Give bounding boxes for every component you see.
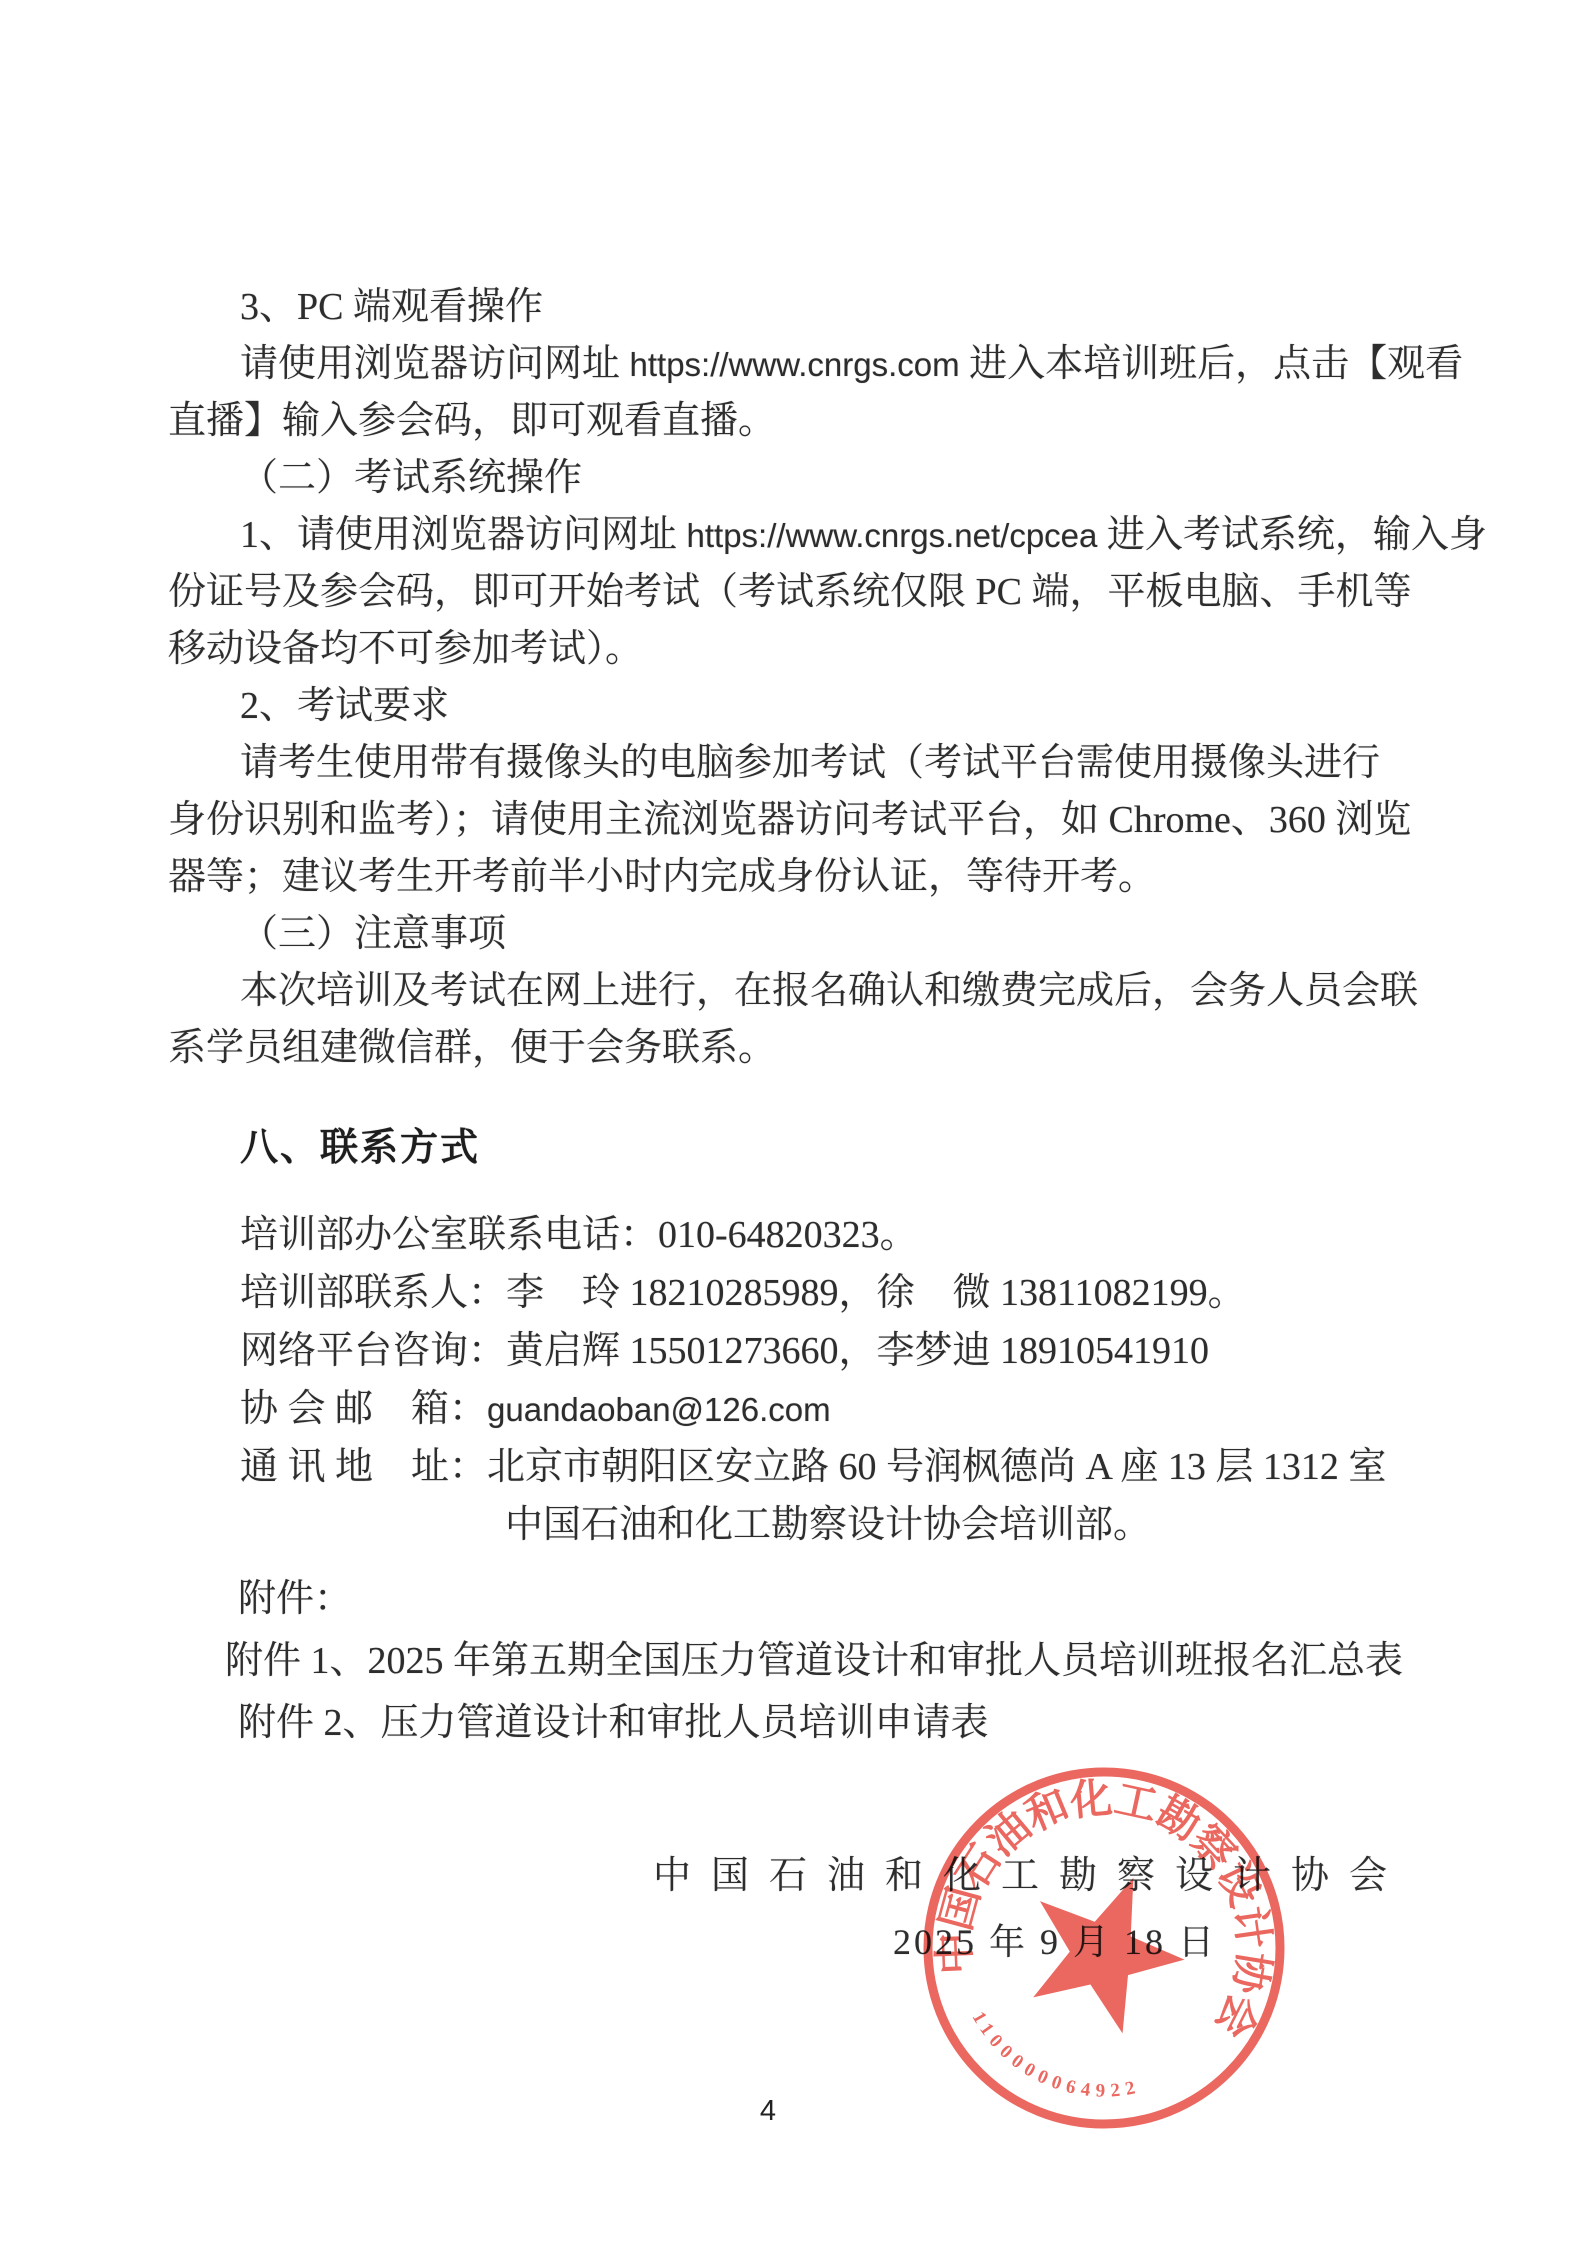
document-page: 3、PC 端观看操作请使用浏览器访问网址 https://www.cnrgs.c…	[0, 0, 1586, 2244]
text-segment: 附件 1、2025 年第五期全国压力管道设计和审批人员培训班报名汇总表	[225, 1640, 1403, 1682]
text-line: 3、PC 端观看操作	[168, 279, 1464, 336]
text-segment: 器等；建议考生开考前半小时内完成身份认证，等待开考。	[168, 856, 1156, 898]
text-segment: 附件 2、压力管道设计和审批人员培训申请表	[238, 1702, 989, 1744]
text-segment: 中国石油和化工勘察设计协会培训部。	[505, 1504, 1151, 1546]
text-line: 1、请使用浏览器访问网址 https://www.cnrgs.net/cpcea…	[168, 507, 1464, 564]
url-text: guandaoban@126.com	[487, 1391, 831, 1428]
contact-address-line2: 中国石油和化工勘察设计协会培训部。	[168, 1496, 1464, 1554]
text-segment: 请考生使用带有摄像头的电脑参加考试（考试平台需使用摄像头进行	[240, 742, 1380, 784]
text-line: 移动设备均不可参加考试）。	[168, 621, 1464, 678]
text-line: 请使用浏览器访问网址 https://www.cnrgs.com 进入本培训班后…	[168, 336, 1464, 393]
text-segment: 培训部办公室联系电话：010-64820323。	[240, 1214, 918, 1256]
contact-platform-line: 网络平台咨询：黄启辉 15501273660，李梦迪 18910541910	[168, 1322, 1464, 1380]
text-segment: 进入本培训班后，点击【观看	[960, 343, 1464, 385]
text-segment: （三）注意事项	[240, 913, 506, 955]
section-heading-contact: 八、联系方式	[168, 1120, 1464, 1177]
text-line: （二）考试系统操作	[168, 450, 1464, 507]
text-segment: 进入考试系统，输入身	[1097, 514, 1487, 556]
text-segment: 3、PC 端观看操作	[240, 286, 543, 328]
text-segment: 1、请使用浏览器访问网址	[240, 514, 687, 556]
text-segment: 附件：	[238, 1578, 352, 1620]
text-segment: 移动设备均不可参加考试）。	[168, 628, 643, 670]
text-line: 本次培训及考试在网上进行，在报名确认和缴费完成后，会务人员会联	[168, 963, 1464, 1020]
text-segment: 请使用浏览器访问网址	[240, 343, 630, 385]
text-segment: 直播】输入参会码，即可观看直播。	[168, 400, 776, 442]
text-segment: 网络平台咨询：黄启辉 15501273660，李梦迪 18910541910	[240, 1330, 1209, 1372]
text-segment: 本次培训及考试在网上进行，在报名确认和缴费完成后，会务人员会联	[240, 970, 1418, 1012]
attachments-label: 附件：	[168, 1568, 1464, 1630]
attachment-2-line: 附件 2、压力管道设计和审批人员培训申请表	[168, 1692, 1464, 1754]
text-segment: （二）考试系统操作	[240, 457, 582, 499]
text-segment: 份证号及参会码，即可开始考试（考试系统仅限 PC 端，平板电脑、手机等	[168, 571, 1411, 613]
text-segment: 协 会 邮 箱：	[240, 1388, 487, 1430]
contact-email-line: 协 会 邮 箱：guandaoban@126.com	[168, 1380, 1464, 1438]
text-line: 请考生使用带有摄像头的电脑参加考试（考试平台需使用摄像头进行	[168, 735, 1464, 792]
contact-phone-line: 培训部办公室联系电话：010-64820323。	[168, 1206, 1464, 1264]
seal-serial-arc-text: 1100000064922	[956, 2005, 1154, 2113]
text-line: 身份识别和监考）；请使用主流浏览器访问考试平台，如 Chrome、360 浏览	[168, 792, 1464, 849]
text-line: 份证号及参会码，即可开始考试（考试系统仅限 PC 端，平板电脑、手机等	[168, 564, 1464, 621]
text-segment: 培训部联系人：李 玲 18210285989，徐 微 13811082199。	[240, 1272, 1246, 1314]
text-line: 器等；建议考生开考前半小时内完成身份认证，等待开考。	[168, 849, 1464, 906]
seal-star	[1017, 1860, 1199, 2043]
page-number: 4	[748, 2095, 788, 2128]
contact-person-line: 培训部联系人：李 玲 18210285989，徐 微 13811082199。	[168, 1264, 1464, 1322]
url-text: https://www.cnrgs.net/cpcea	[687, 517, 1098, 554]
text-line: 系学员组建微信群，便于会务联系。	[168, 1020, 1464, 1077]
text-line: （三）注意事项	[168, 906, 1464, 963]
text-line: 2、考试要求	[168, 678, 1464, 735]
text-segment: 系学员组建微信群，便于会务联系。	[168, 1027, 776, 1069]
text-segment: 八、联系方式	[240, 1127, 480, 1169]
official-seal-stamp: 中国石油和化工勘察设计协会 1100000064922	[904, 1748, 1304, 2148]
text-line: 直播】输入参会码，即可观看直播。	[168, 393, 1464, 450]
text-segment: 2、考试要求	[240, 685, 449, 727]
url-text: https://www.cnrgs.com	[630, 346, 960, 383]
attachment-1-line: 附件 1、2025 年第五期全国压力管道设计和审批人员培训班报名汇总表	[168, 1630, 1464, 1692]
text-segment: 身份识别和监考）；请使用主流浏览器访问考试平台，如 Chrome、360 浏览	[168, 799, 1411, 841]
text-segment: 通 讯 地 址：北京市朝阳区安立路 60 号润枫德尚 A 座 13 层 1312…	[240, 1446, 1386, 1488]
contact-address-line: 通 讯 地 址：北京市朝阳区安立路 60 号润枫德尚 A 座 13 层 1312…	[168, 1438, 1464, 1496]
document-body: 3、PC 端观看操作请使用浏览器访问网址 https://www.cnrgs.c…	[168, 279, 1464, 1754]
